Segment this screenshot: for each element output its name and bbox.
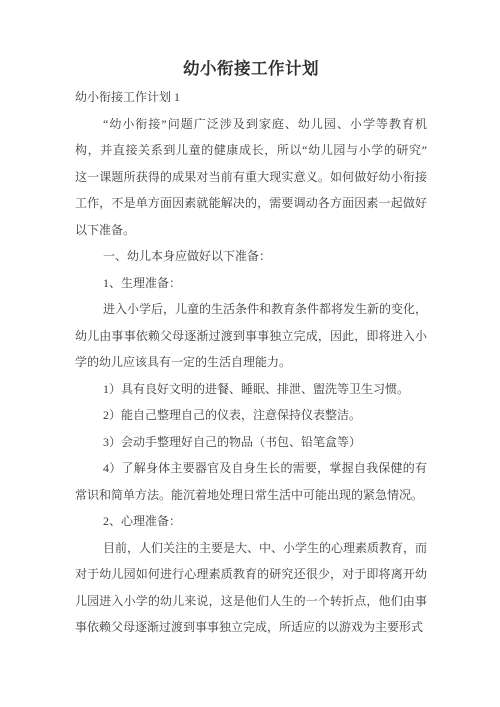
text-line: “幼小衔接”问题广泛涉及到家庭、幼儿园、小学等教育机 (75, 111, 427, 138)
text-line: 1、生理准备： (75, 270, 427, 297)
text-line: 工作，不是单方面因素就能解决的，需要调动各方面因素一起做好 (75, 190, 427, 217)
text-line: 学的幼儿应该具有一定的生活自理能力。 (75, 349, 427, 376)
text-line: 1）具有良好文明的进餐、睡眠、排泄、盥洗等卫生习惯。 (75, 376, 427, 403)
text-line: 3）会动手整理好自己的物品（书包、铅笔盒等） (75, 429, 427, 456)
text-line: 一、幼儿本身应做好以下准备： (75, 243, 427, 270)
text-line: 幼小衔接工作计划 1 (75, 84, 427, 111)
text-line: 2、心理准备： (75, 508, 427, 535)
text-line: 这一课题所获得的成果对当前有重大现实意义。如何做好幼小衔接 (75, 164, 427, 191)
text-line: 以下准备。 (75, 217, 427, 244)
text-line: 构，并直接关系到儿童的健康成长，所以“幼儿园与小学的研究” (75, 137, 427, 164)
text-line: 幼儿由事事依赖父母逐渐过渡到事事独立完成，因此，即将进入小 (75, 323, 427, 350)
document-body: 幼小衔接工作计划 1“幼小衔接”问题广泛涉及到家庭、幼儿园、小学等教育机构，并直… (75, 84, 427, 641)
text-line: 4）了解身体主要器官及自身生长的需要，掌握自我保健的有关 (75, 455, 427, 482)
text-line: 常识和简单方法。能沉着地处理日常生活中可能出现的紧急情况。 (75, 482, 427, 509)
text-line: 2）能自己整理自己的仪表，注意保持仪表整洁。 (75, 402, 427, 429)
text-line: 儿园进入小学的幼儿来说，这是他们人生的一个转折点，他们由事 (75, 588, 427, 615)
text-line: 目前，人们关注的主要是大、中、小学生的心理素质教育，而 (75, 535, 427, 562)
text-line: 进入小学后，儿童的生活条件和教育条件都将发生新的变化， (75, 296, 427, 323)
document-page: 幼小衔接工作计划 幼小衔接工作计划 1“幼小衔接”问题广泛涉及到家庭、幼儿园、小… (0, 0, 500, 707)
document-title: 幼小衔接工作计划 (75, 58, 427, 80)
text-line: 事依赖父母逐渐过渡到事事独立完成，所适应的以游戏为主要形式 (75, 614, 427, 641)
text-line: 对于幼儿园如何进行心理素质教育的研究还很少，对于即将离开幼 (75, 561, 427, 588)
